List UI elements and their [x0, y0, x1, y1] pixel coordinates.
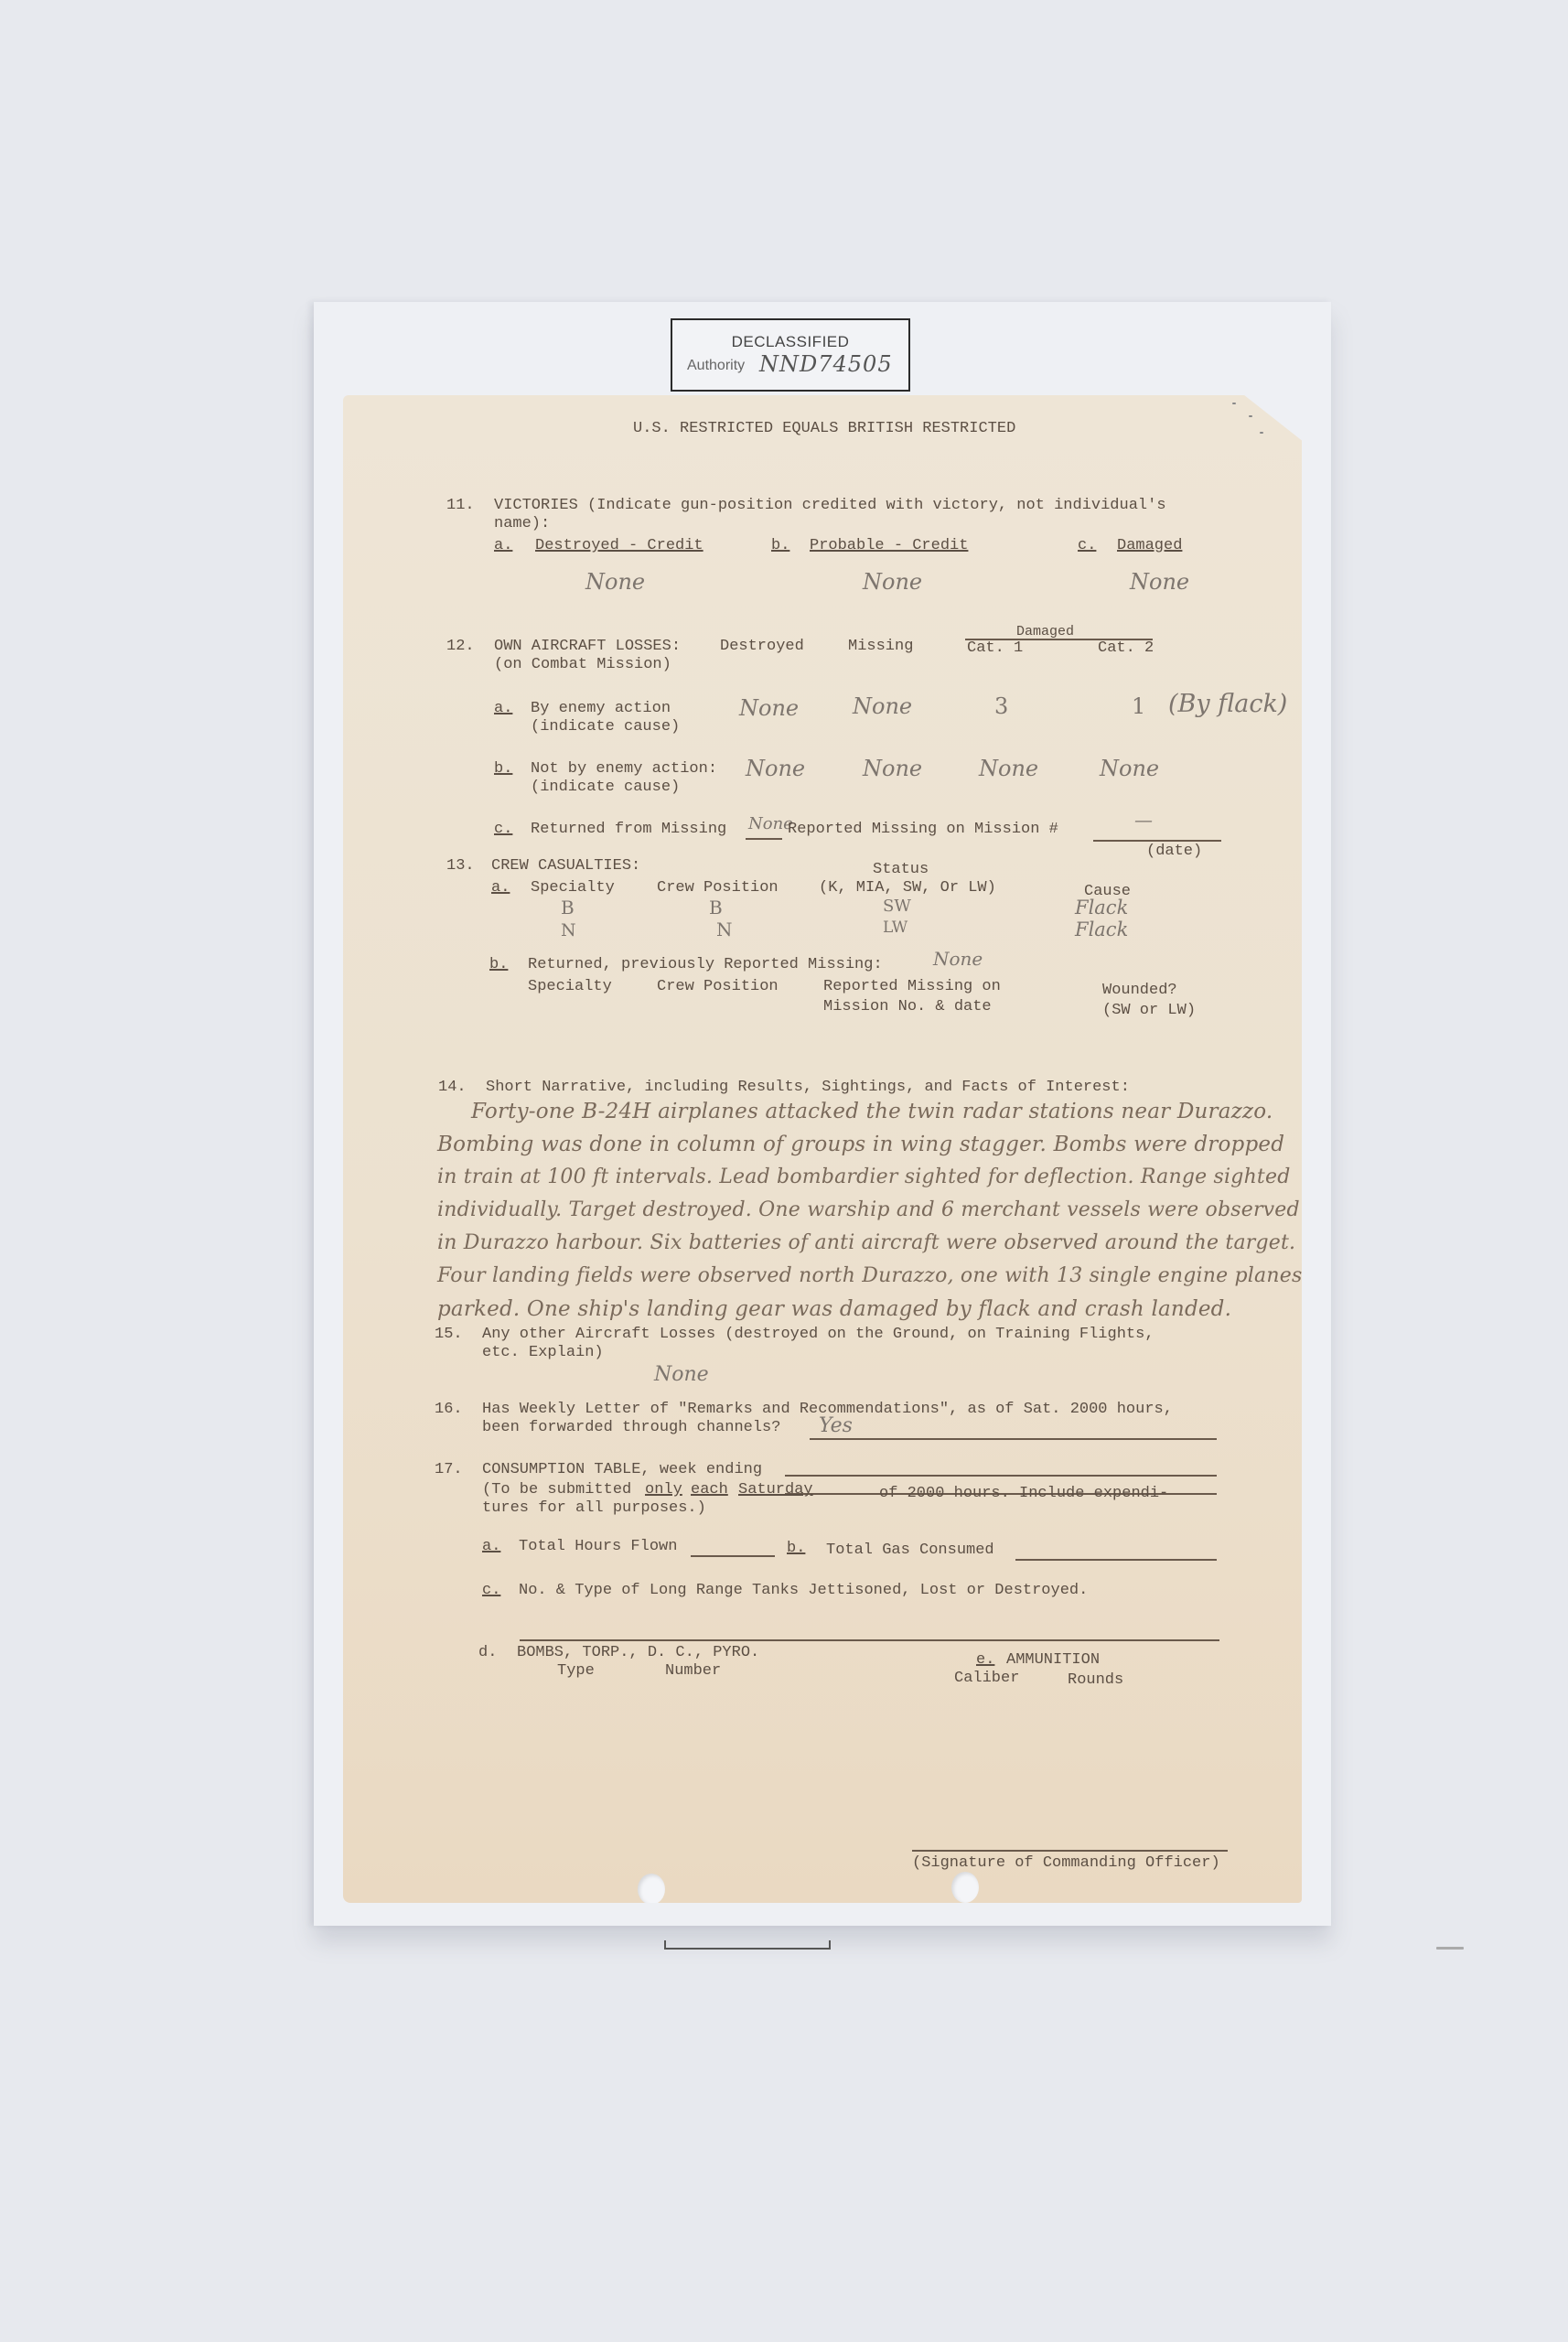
s11-title: VICTORIES (Indicate gun-position credite…: [494, 496, 1166, 515]
narrative-line: individually. Target destroyed. One wars…: [437, 1198, 1300, 1221]
restriction-header: U.S. RESTRICTED EQUALS BRITISH RESTRICTE…: [633, 419, 1015, 438]
s12-c-pre: Returned from Missing: [531, 820, 726, 839]
s17-line2-saturday: Saturday: [738, 1480, 813, 1499]
s11-title-cont: name):: [494, 514, 550, 533]
s17-gas-consumed-label: Total Gas Consumed: [826, 1541, 994, 1560]
s11-probable-credit: Probable - Credit: [810, 536, 968, 555]
s12-title: OWN AIRCRAFT LOSSES:: [494, 637, 681, 656]
s13-row2-position: N: [716, 919, 733, 940]
s12-a-destroyed: None: [739, 695, 799, 721]
s17-tanks-label: No. & Type of Long Range Tanks Jettisone…: [519, 1581, 1088, 1600]
s13-row1-specialty: B: [561, 897, 575, 919]
s13-row2-cause: Flack: [1075, 919, 1128, 940]
s12-b-label: b.: [494, 759, 512, 779]
s15-title: Any other Aircraft Losses (destroyed on …: [482, 1325, 1155, 1344]
s15-number: 15.: [435, 1325, 463, 1344]
s16-answer-line: [810, 1438, 1217, 1440]
s17-bombs-number: Number: [665, 1661, 721, 1681]
s17-line3: tures for all purposes.): [482, 1499, 706, 1518]
s12-a-cause: (By flack): [1168, 690, 1287, 718]
s16-value: Yes: [819, 1414, 853, 1437]
narrative-line: parked. One ship's landing gear was dama…: [437, 1297, 1231, 1321]
s12-a-text-cont: (indicate cause): [531, 717, 680, 736]
punch-hole-right: [951, 1872, 979, 1903]
s12-b-text: Not by enemy action:: [531, 759, 717, 779]
s13-row2-status: LW: [883, 919, 908, 937]
s13-b-label: b.: [489, 955, 508, 974]
s13-b-col-wounded: Wounded?: [1102, 981, 1177, 1000]
s12-number: 12.: [446, 637, 475, 656]
s11-b-label: b.: [771, 536, 789, 555]
stamp-title: DECLASSIFIED: [672, 333, 908, 351]
s17-c-label: c.: [482, 1581, 500, 1600]
s11-damaged: Damaged: [1117, 536, 1182, 555]
s13-b-value: None: [933, 948, 983, 970]
s17-ammo-caliber: Caliber: [954, 1669, 1019, 1688]
s13-b-col-specialty: Specialty: [528, 977, 612, 996]
s17-week-ending-line: [785, 1475, 1217, 1477]
s12-c-post: Reported Missing on Mission #: [788, 820, 1058, 839]
narrative-line: in train at 100 ft intervals. Lead bomba…: [437, 1166, 1290, 1188]
s13-col-specialty: Specialty: [531, 878, 615, 897]
s13-b-col-position: Crew Position: [657, 977, 779, 996]
s15-value: None: [654, 1363, 709, 1386]
s17-tanks-line: [520, 1639, 1219, 1641]
s12-a-text: By enemy action: [531, 699, 671, 718]
s13-status-label: Status: [873, 860, 929, 879]
s12-a-cat1: 3: [994, 693, 1008, 719]
s17-ammo-rounds: Rounds: [1068, 1671, 1123, 1690]
s13-b-col-wounded-cont: (SW or LW): [1102, 1001, 1196, 1020]
s13-b-col-reported: Reported Missing on: [823, 977, 1001, 996]
s17-number: 17.: [435, 1460, 463, 1479]
corner-specks: [1232, 403, 1236, 404]
s14-number: 14.: [438, 1078, 467, 1097]
s14-title: Short Narrative, including Results, Sigh…: [486, 1078, 1130, 1097]
s11-number: 11.: [446, 496, 475, 515]
s12-b-destroyed: None: [746, 756, 805, 781]
s11-a-label: a.: [494, 536, 512, 555]
s17-hours-flown-field: [691, 1555, 775, 1557]
s12-title-cont: (on Combat Mission): [494, 655, 671, 674]
s12-b-text-cont: (indicate cause): [531, 778, 680, 797]
signature-line: [912, 1850, 1228, 1852]
s13-b-col-reported-cont: Mission No. & date: [823, 997, 992, 1016]
s12-b-cat1: None: [979, 756, 1038, 781]
s17-e-label: e.: [976, 1650, 994, 1670]
s17-line2-pre: (To be submitted: [482, 1480, 631, 1499]
s13-col-status: (K, MIA, SW, Or LW): [819, 878, 996, 897]
punch-hole-left: [638, 1874, 665, 1905]
s13-row1-cause: Flack: [1075, 897, 1128, 919]
s17-b-label: b.: [787, 1539, 805, 1558]
s17-line2-each: each: [691, 1480, 728, 1499]
stamp-authority-label: Authority: [687, 358, 745, 374]
s13-a-label: a.: [491, 878, 510, 897]
s17-bombs-label: BOMBS, TORP., D. C., PYRO.: [517, 1643, 759, 1662]
stamp-authority-value: NND74505: [759, 351, 893, 377]
s13-row2-specialty: N: [561, 920, 576, 940]
s12-c-date-label: (date): [1146, 842, 1202, 861]
s11-damaged-value: None: [1130, 569, 1189, 595]
s17-d-label: d.: [478, 1643, 497, 1662]
s12-a-cat2: 1: [1132, 693, 1145, 719]
s13-row1-status: SW: [883, 897, 911, 916]
s12-b-missing: None: [863, 756, 922, 781]
s12-col-cat2: Cat. 2: [1098, 639, 1154, 658]
s13-row1-position: B: [709, 897, 723, 919]
s11-c-label: c.: [1078, 536, 1096, 555]
s17-line2-post: of 2000 hours. Include expendi-: [879, 1484, 1168, 1503]
s13-b-text: Returned, previously Reported Missing:: [528, 955, 883, 974]
s12-b-cat2: None: [1100, 756, 1159, 781]
s16-number: 16.: [435, 1400, 463, 1419]
s17-a-label: a.: [482, 1537, 500, 1556]
s12-c-label: c.: [494, 820, 512, 839]
s17-line2-only: only: [645, 1480, 682, 1499]
narrative-line: Forty-one B-24H airplanes attacked the t…: [471, 1100, 1273, 1123]
s13-number: 13.: [446, 856, 475, 876]
mission-report-page: U.S. RESTRICTED EQUALS BRITISH RESTRICTE…: [343, 395, 1302, 1903]
s17-hours-flown-label: Total Hours Flown: [519, 1537, 677, 1556]
s17-bombs-type: Type: [557, 1661, 595, 1681]
stray-mark: [1436, 1947, 1464, 1950]
s12-col-destroyed: Destroyed: [720, 637, 804, 656]
s12-col-cat1: Cat. 1: [967, 639, 1023, 658]
narrative-line: Bombing was done in column of groups in …: [437, 1133, 1284, 1156]
narrative-line: in Durazzo harbour. Six batteries of ant…: [437, 1231, 1295, 1254]
s12-a-label: a.: [494, 699, 512, 718]
s13-title: CREW CASUALTIES:: [491, 856, 640, 876]
signature-label: (Signature of Commanding Officer): [912, 1853, 1220, 1873]
s11-probable-value: None: [863, 569, 922, 595]
s13-col-position: Crew Position: [657, 878, 779, 897]
s11-destroyed-credit: Destroyed - Credit: [535, 536, 703, 555]
narrative-line: Four landing fields were observed north …: [437, 1264, 1302, 1287]
s17-gas-consumed-field: [1015, 1559, 1217, 1561]
s12-a-missing: None: [853, 693, 912, 719]
s16-title-cont: been forwarded through channels?: [482, 1418, 780, 1437]
backing-clip-mark: [664, 1940, 831, 1950]
s11-destroyed-value: None: [585, 569, 645, 595]
s12-c-mission-value: —: [1134, 809, 1153, 831]
s12-col-missing: Missing: [848, 637, 913, 656]
s15-title-cont: etc. Explain): [482, 1343, 604, 1362]
s12-c-returned-value: None: [748, 814, 793, 833]
s17-title: CONSUMPTION TABLE, week ending: [482, 1460, 762, 1479]
declassified-stamp: DECLASSIFIED Authority NND74505: [671, 318, 910, 392]
s17-ammunition-label: AMMUNITION: [1006, 1650, 1100, 1670]
